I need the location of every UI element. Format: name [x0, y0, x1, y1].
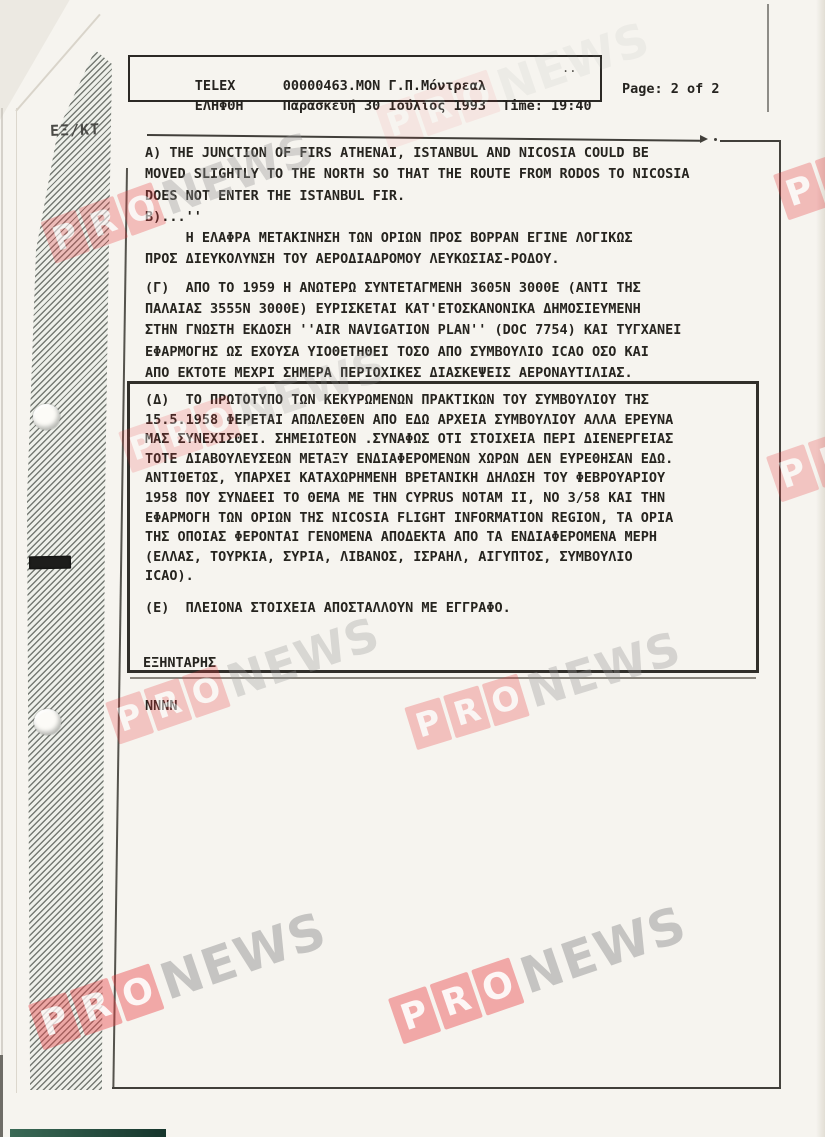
watermark-letter: O — [482, 673, 530, 726]
watermark-word: NEWS — [153, 901, 334, 1012]
telex-header-box: TELEX00000463.ΜΟΝ Γ.Π.Μόντρεαλ ΕΛΗΦΘΗΠαρ… — [128, 55, 602, 102]
telex-terminator: NNNN — [145, 698, 178, 714]
scan-edge-line-dark — [0, 1055, 3, 1137]
scanned-telex-page: ΕΞ/ΚΤ TELEX00000463.ΜΟΝ Γ.Π.Μόντρεαλ ΕΛΗ… — [0, 0, 825, 1137]
watermark-letter: P — [766, 444, 819, 502]
paragraph-a-b: A) THE JUNCTION OF FIRS ATHENAI, ISTANBU… — [145, 143, 690, 271]
black-label-sticker — [29, 556, 71, 570]
frame-bottom-line — [112, 1087, 781, 1089]
watermark-letter: R — [430, 972, 483, 1030]
bottom-scan-band — [10, 1129, 166, 1137]
scan-edge-line — [1, 108, 3, 1137]
binder-hatched-strip — [20, 48, 116, 1094]
watermark-letter: R — [443, 685, 491, 738]
frame-right-line — [779, 140, 781, 1088]
watermark-word: NEWS — [513, 895, 694, 1006]
pronews-watermark: P R O NEWS — [386, 895, 693, 1049]
highlight-box-underline — [130, 677, 756, 679]
frame-ink-dot — [714, 138, 717, 141]
page-right-shade — [816, 0, 825, 1137]
frame-top-line — [147, 134, 700, 142]
paragraph-delta: (Δ) ΤΟ ΠΡΩΤΟΤΥΠΟ ΤΩΝ ΚΕΚΥΡΩΜΕΝΩΝ ΠΡΑΚΤΙΚ… — [145, 391, 673, 587]
watermark-letter-boxes: P R O — [404, 673, 530, 750]
frame-left-line — [112, 168, 128, 1089]
page-indicator: Page: 2 of 2 — [622, 81, 720, 97]
paragraph-gamma: (Γ) ΑΠΟ ΤΟ 1959 Η ΑΝΩΤΕΡΩ ΣΥΝΤΕΤΑΓΜΕΝΗ 3… — [145, 278, 681, 384]
punch-hole-bottom — [34, 709, 61, 735]
fold-line — [16, 108, 17, 1093]
received-label: ΕΛΗΦΘΗ — [195, 98, 283, 114]
watermark-letter: O — [471, 957, 524, 1015]
watermark-letter: O — [111, 963, 164, 1021]
watermark-letter: P — [388, 986, 441, 1044]
stray-ink-dots: .. — [562, 61, 576, 75]
frame-top-line-right — [720, 140, 781, 142]
punch-hole-top — [33, 404, 60, 430]
received-value: Παρασκευή 30 Ιούλιος 1993 Time: 19:40 — [283, 98, 592, 114]
watermark-letter-boxes: P R O — [388, 957, 525, 1044]
paragraph-epsilon: (Ε) ΠΛΕΙΟΝΑ ΣΤΟΙΧΕΙΑ ΑΠΟΣΤΑΛΛΟΥΝ ΜΕ ΕΓΓΡ… — [145, 600, 511, 616]
watermark-letter: P — [404, 697, 452, 750]
top-right-edge-line — [767, 4, 769, 112]
handwritten-note: ΕΞ/ΚΤ — [50, 120, 101, 140]
signature-name: ΕΞΗΝΤΑΡΗΣ — [143, 655, 216, 671]
frame-arrowhead — [700, 135, 708, 143]
telex-received-row: ΕΛΗΦΘΗΠαρασκευή 30 Ιούλιος 1993 Time: 19… — [146, 82, 592, 130]
